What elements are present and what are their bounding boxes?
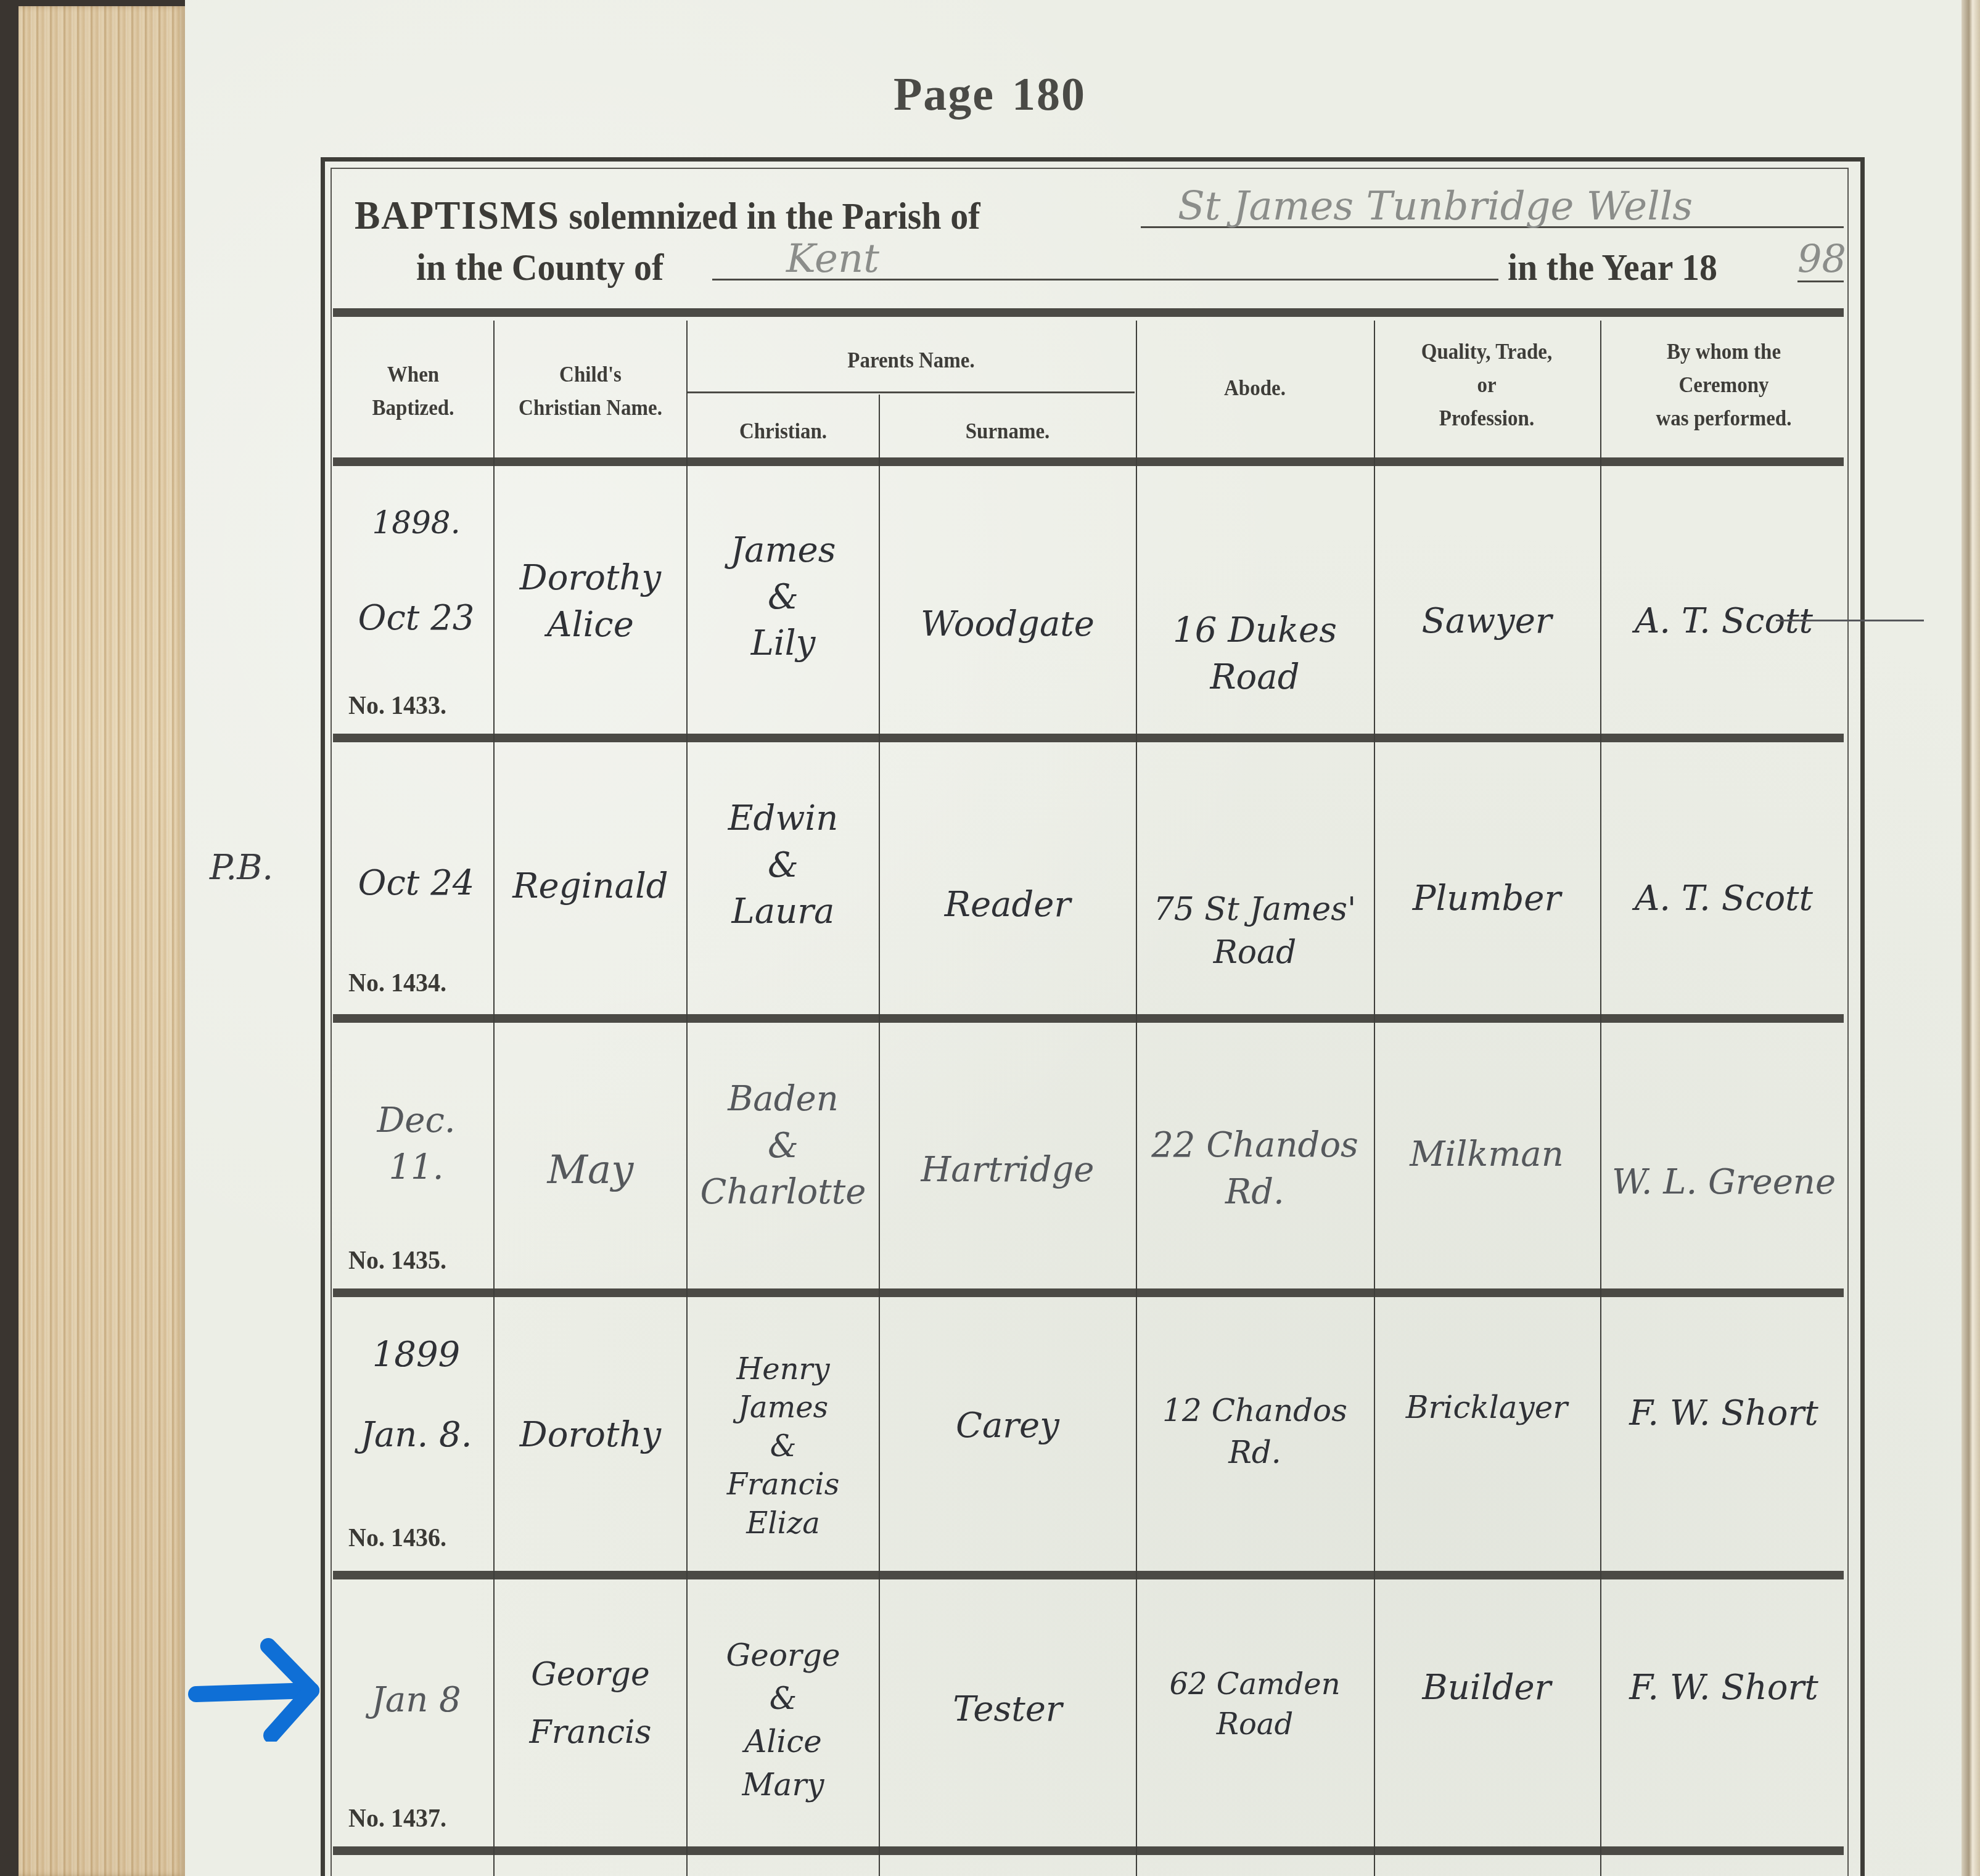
entry-number: No. 1434. <box>348 967 446 998</box>
arrow-right-icon <box>185 1634 321 1742</box>
entry-parents-christian: George & Alice Mary <box>688 1634 879 1806</box>
header-parents-surname: Surname. <box>881 415 1135 448</box>
entry-year: 1899 <box>345 1332 487 1378</box>
header-top-rule <box>333 308 1844 317</box>
entry-child-name: George Francis <box>496 1646 684 1761</box>
book-page-edges <box>18 6 185 1876</box>
row-rule-4 <box>333 1571 1844 1579</box>
page-number: Page180 <box>774 68 1206 121</box>
entry-abode: 22 Chandos Rd. <box>1138 1122 1372 1215</box>
header-when-baptized: When Baptized. <box>336 358 490 425</box>
entry-officiant: A. T. Scott <box>1602 875 1846 922</box>
book-right-edge <box>1962 0 1980 1876</box>
entry-surname: Tester <box>881 1686 1135 1733</box>
row-rule-5 <box>333 1846 1844 1855</box>
entry-parents-christian: Edwin & Laura <box>688 795 879 935</box>
column-divider-1 <box>493 321 495 1876</box>
entry-parents-christian: James & Lily <box>688 527 879 667</box>
entry-abode: 62 Camden Road <box>1138 1665 1372 1745</box>
register-heading-line1: BAPTISMS solemnized in the Parish of <box>355 193 980 239</box>
column-divider-4 <box>1136 321 1137 1876</box>
entry-number: No. 1437. <box>348 1802 446 1833</box>
row-rule-1 <box>333 734 1844 742</box>
entry-number: No. 1436. <box>348 1522 446 1553</box>
entry-profession: Builder <box>1375 1665 1598 1711</box>
entry-date: Oct 24 <box>345 860 487 907</box>
entry-officiant: F. W. Short <box>1602 1665 1846 1711</box>
entry-profession: Sawyer <box>1375 598 1598 645</box>
entry-profession: Plumber <box>1375 875 1598 922</box>
entry-profession: Milkman <box>1375 1131 1598 1178</box>
entry-year: 1898. <box>345 502 487 544</box>
parish-field: St James Tunbridge Wells <box>1141 185 1844 228</box>
entry-surname: Carey <box>881 1403 1135 1449</box>
column-divider-6 <box>1600 321 1601 1876</box>
header-abode: Abode. <box>1138 372 1372 405</box>
header-officiant: By whom the Ceremony was performed. <box>1602 335 1846 435</box>
entry-child-name: May <box>496 1144 684 1197</box>
entry-profession: Bricklayer <box>1375 1387 1598 1429</box>
row-rule-2 <box>333 1014 1844 1023</box>
entry-date: Jan 8 <box>345 1677 487 1724</box>
entry-abode: 16 Dukes Road <box>1138 607 1372 700</box>
margin-note-pb: P.B. <box>210 848 273 888</box>
parents-subheader-rule <box>688 391 1135 393</box>
heading-baptisms: BAPTISMS <box>355 194 560 237</box>
header-parents-name: Parents Name. <box>688 344 1135 377</box>
column-divider-3 <box>879 395 880 1876</box>
entry-number: No. 1433. <box>348 689 446 721</box>
entry-child-name: Dorothy Alice <box>496 555 684 648</box>
header-bottom-rule <box>333 457 1844 466</box>
entry-abode: 12 Chandos Rd. <box>1138 1390 1372 1473</box>
heading-county-label: in the County of <box>416 246 663 288</box>
entry-parents-christian: Henry James & Francis Eliza <box>688 1350 879 1542</box>
signature-flourish <box>1776 620 1924 621</box>
header-parents-christian: Christian. <box>688 415 879 448</box>
header-quality-trade: Quality, Trade, or Profession. <box>1375 335 1598 435</box>
entry-child-name: Dorothy <box>496 1412 684 1459</box>
register-heading-line2: in the County of <box>416 245 663 289</box>
county-field: Kent <box>712 237 1498 281</box>
row-rule-3 <box>333 1288 1844 1297</box>
entry-officiant: W. L. Greene <box>1602 1159 1846 1206</box>
heading-year-label: in the Year 18 <box>1508 245 1717 289</box>
entry-surname: Hartridge <box>881 1147 1135 1194</box>
heading-parish-label: solemnized in the Parish of <box>569 195 980 237</box>
column-divider-5 <box>1374 321 1375 1876</box>
entry-date: Oct 23 <box>345 595 487 642</box>
entry-surname: Woodgate <box>881 601 1135 648</box>
entry-child-name: Reginald <box>496 863 684 910</box>
entry-date: Jan. 8. <box>345 1412 487 1459</box>
entry-abode: 75 St James' Road <box>1138 888 1372 974</box>
header-child-name: Child's Christian Name. <box>496 358 684 425</box>
page-number-value: 180 <box>1012 68 1086 120</box>
year-field: 98 <box>1797 237 1844 282</box>
entry-surname: Reader <box>881 882 1135 928</box>
entry-number: No. 1435. <box>348 1244 446 1276</box>
page-label: Page <box>893 68 995 120</box>
entry-parents-christian: Baden & Charlotte <box>688 1076 879 1216</box>
entry-date: Dec. 11. <box>345 1097 487 1190</box>
entry-officiant: F. W. Short <box>1602 1390 1846 1437</box>
